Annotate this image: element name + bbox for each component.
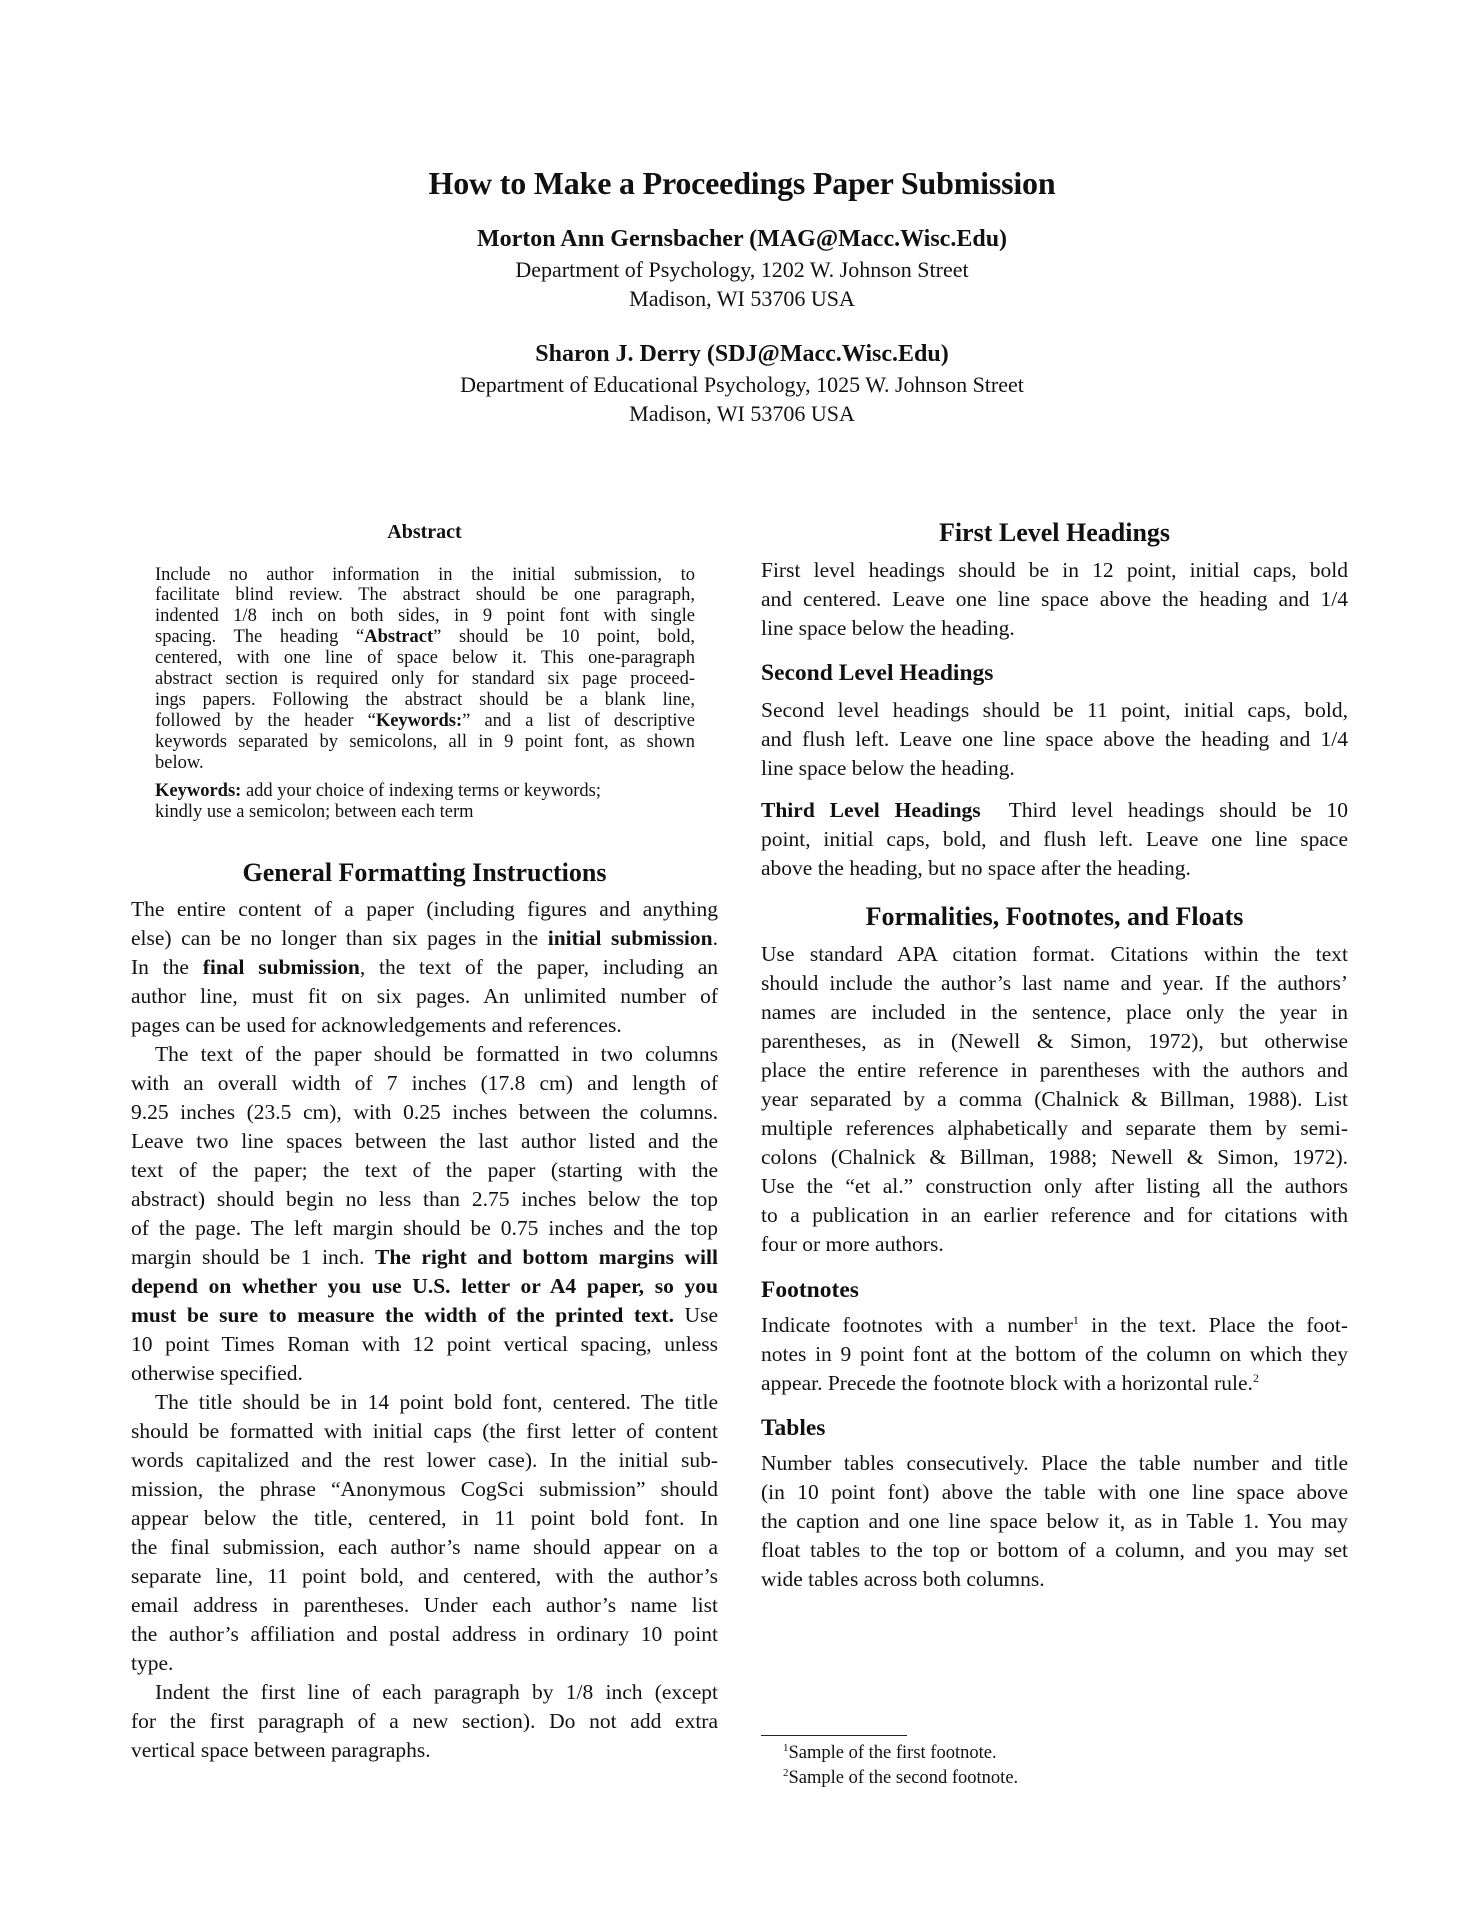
text-line: The text of the paper should be formatte… [131,1040,718,1069]
text-line: should include the author’s last name an… [761,969,1348,998]
heading-second-level: Second Level Headings [761,660,993,687]
text-line: of the page. The left margin should be 0… [131,1214,718,1243]
text-line: author line, must fit on six pages. An u… [131,982,718,1011]
text-line: the final submission, each author’s name… [131,1533,718,1562]
text-line: else) can be no longer than six pages in… [131,924,718,953]
text-line: float tables to the top or bottom of a c… [761,1536,1348,1565]
text: In the [131,955,203,979]
text-line: wide tables across both columns. [761,1565,1348,1594]
text: appear. Precede the footnote block with … [761,1371,1253,1395]
third-level-line: Third Level HeadingsThird level headings… [761,796,1348,825]
heading-tables: Tables [761,1415,825,1442]
text: else) can be no longer than six pages in… [131,926,548,950]
text-line: must be sure to measure the width of the… [131,1301,718,1330]
text: . [713,926,718,950]
text-line: Indent the first line of each paragraph … [131,1678,718,1707]
abstract-line: followed by the header “Keywords:” and a… [155,711,695,731]
text-line: place the entire reference in parenthese… [761,1056,1348,1085]
text-line: The title should be in 14 point bold fon… [131,1388,718,1417]
text-line: vertical space between paragraphs. [131,1736,718,1765]
bold-text: The right and bottom margins will [375,1245,718,1269]
footnote-text: Sample of the first footnote. [789,1743,997,1763]
abstract-line: keywords separated by semicolons, all in… [155,732,695,752]
bold-text: must be sure to measure the width of the… [131,1303,674,1327]
text: margin should be 1 inch. [131,1245,375,1269]
keywords-line: kindly use a semicolon; between each ter… [155,802,695,822]
footnote-2: 2Sample of the second footnote. [783,1768,1018,1789]
abstract-line: Include no author information in the ini… [155,565,695,585]
abstract-heading: Abstract [131,521,718,544]
text-line: mission, the phrase “Anonymous CogSci su… [131,1475,718,1504]
text-line: four or more authors. [761,1230,1348,1259]
text-line: colons (Chalnick & Billman, 1988; Newell… [761,1143,1348,1172]
abstract-line: facilitate blind review. The abstract sh… [155,585,695,605]
heading-formalities: Formalities, Footnotes, and Floats [761,902,1348,932]
text-line: with an overall width of 7 inches (17.8 … [131,1069,718,1098]
text: ” and a list of descriptive [462,711,695,731]
text-line: Second level headings should be 11 point… [761,696,1348,725]
text-line: In the final submission, the text of the… [131,953,718,982]
heading-third-level: Third Level Headings [761,798,981,822]
footnote-rule [761,1735,907,1736]
text-line: above the heading, but no space after th… [761,854,1348,883]
text-line: 10 point Times Roman with 12 point verti… [131,1330,718,1359]
text: Use [674,1303,718,1327]
text-line: multiple references alphabetically and s… [761,1114,1348,1143]
text-line: line space below the heading. [761,614,1348,643]
text: ” should be 10 point, bold, [433,627,695,647]
text-line: Number tables consecutively. Place the t… [761,1449,1348,1478]
text-line: for the first paragraph of a new section… [131,1707,718,1736]
text-line: Leave two line spaces between the last a… [131,1127,718,1156]
text-line: the author’s affiliation and postal addr… [131,1620,718,1649]
keywords-label: Keywords: [155,781,241,801]
text-line: and centered. Leave one line space above… [761,585,1348,614]
left-column: Abstract Include no author information i… [131,0,718,1920]
abstract-line: spacing. The heading “Abstract” should b… [155,627,695,647]
bold-text: initial submission [548,926,713,950]
text-line: notes in 9 point font at the bottom of t… [761,1340,1348,1369]
abstract-line: abstract section is required only for st… [155,669,695,689]
text-line: the caption and one line space below it,… [761,1507,1348,1536]
text-line: should be formatted with initial caps (t… [131,1417,718,1446]
text-line: Indicate footnotes with a number1 in the… [761,1311,1348,1340]
abstract-line: ings papers. Following the abstract shou… [155,690,695,710]
abstract-line: indented 1/8 inch on both sides, in 9 po… [155,606,695,626]
abstract-line: below. [155,753,695,773]
text: Third level headings should be 10 [1009,798,1348,822]
text-line: line space below the heading. [761,754,1348,783]
bold-text: Abstract [364,627,433,647]
heading-first-level: First Level Headings [761,518,1348,548]
text-line: depend on whether you use U.S. letter or… [131,1272,718,1301]
text: followed by the header “ [155,711,376,731]
keywords-line: Keywords: add your choice of indexing te… [155,781,695,801]
text-line: The entire content of a paper (including… [131,895,718,924]
text-line: otherwise specified. [131,1359,718,1388]
heading-footnotes: Footnotes [761,1277,859,1304]
footnote-1: 1Sample of the first footnote. [783,1743,997,1764]
footnote-text: Sample of the second footnote. [789,1768,1019,1788]
text-line: (in 10 point font) above the table with … [761,1478,1348,1507]
right-column: First Level Headings First level heading… [761,0,1348,1920]
text-line: 9.25 inches (23.5 cm), with 0.25 inches … [131,1098,718,1127]
text-line: margin should be 1 inch. The right and b… [131,1243,718,1272]
text-line: year separated by a comma (Chalnick & Bi… [761,1085,1348,1114]
text-line: Use standard APA citation format. Citati… [761,940,1348,969]
text-line: type. [131,1649,718,1678]
bold-text: depend on whether you use U.S. letter or… [131,1274,718,1298]
text-line: email address in parentheses. Under each… [131,1591,718,1620]
text-line: appear. Precede the footnote block with … [761,1369,1348,1398]
keywords-text: add your choice of indexing terms or key… [241,781,601,801]
footnote-mark-2[interactable]: 2 [1253,1371,1259,1385]
text: in the text. Place the foot- [1079,1313,1348,1337]
text: Indicate footnotes with a number [761,1313,1073,1337]
text-line: pages can be used for acknowledgements a… [131,1011,718,1040]
text-line: words capitalized and the rest lower cas… [131,1446,718,1475]
text: , the text of the paper, including an [360,955,718,979]
text-line: to a publication in an earlier reference… [761,1201,1348,1230]
text-line: parentheses, as in (Newell & Simon, 1972… [761,1027,1348,1056]
paper-page: How to Make a Proceedings Paper Submissi… [0,0,1484,1920]
text-line: text of the paper; the text of the paper… [131,1156,718,1185]
text-line: names are included in the sentence, plac… [761,998,1348,1027]
text-line: appear below the title, centered, in 11 … [131,1504,718,1533]
text-line: separate line, 11 point bold, and center… [131,1562,718,1591]
text-line: point, initial caps, bold, and flush lef… [761,825,1348,854]
text-line: Use the “et al.” construction only after… [761,1172,1348,1201]
abstract-line: centered, with one line of space below i… [155,648,695,668]
bold-text: Keywords: [376,711,462,731]
bold-text: final submission [203,955,360,979]
text-line: abstract) should begin no less than 2.75… [131,1185,718,1214]
text-line: First level headings should be in 12 poi… [761,556,1348,585]
text-line: and flush left. Leave one line space abo… [761,725,1348,754]
text: spacing. The heading “ [155,627,364,647]
heading-general-formatting: General Formatting Instructions [131,858,718,888]
